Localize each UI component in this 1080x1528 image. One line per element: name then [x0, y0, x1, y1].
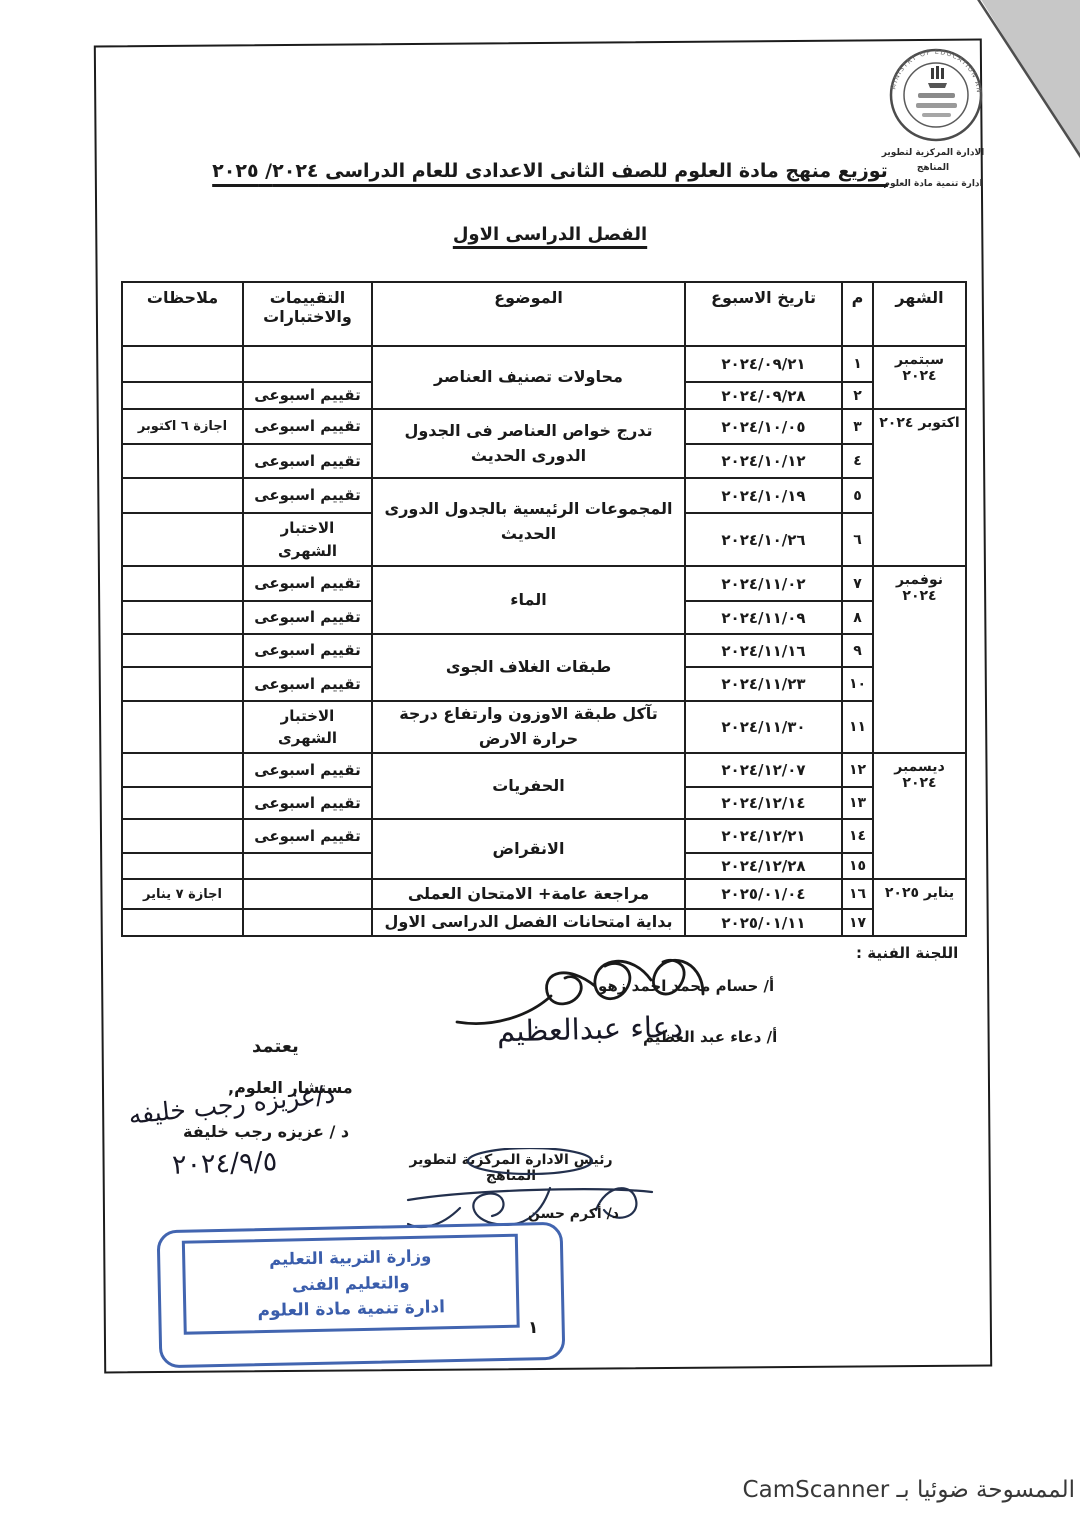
table-row: ١٤ ٢٠٢٤/١٢/٢١ الانقراض تقييم اسبوعى [122, 819, 966, 853]
date-cell: ٢٠٢٥/٠١/٠٤ [685, 879, 842, 909]
date-cell: ٢٠٢٤/٠٩/٢١ [685, 346, 842, 382]
date-cell: ٢٠٢٤/١٢/٠٧ [685, 753, 842, 787]
date-cell: ٢٠٢٤/١٢/٢٨ [685, 853, 842, 879]
num-cell: ١٠ [842, 667, 873, 701]
num-cell: ١١ [842, 701, 873, 753]
note-cell: اجازة ٧ يناير [122, 879, 243, 909]
assessment-cell: تقييم اسبوعى [243, 787, 372, 819]
header-topic: الموضوع [372, 282, 685, 346]
note-cell [122, 787, 243, 819]
note-cell [122, 513, 243, 566]
note-cell [122, 701, 243, 753]
topic-cell: الانقراض [372, 819, 685, 879]
note-cell [122, 346, 243, 382]
header-month: الشهر [873, 282, 966, 346]
table-row: ١١ ٢٠٢٤/١١/٣٠ تآكل طبقة الاوزون وارتفاع … [122, 701, 966, 753]
assessment-cell: تقييم اسبوعى [243, 478, 372, 513]
note-cell [122, 853, 243, 879]
blue-stamp-line3: ادارة تنمية مادة العلوم [186, 1293, 516, 1326]
scanned-document-page: MINISTRY OF EDUCATION AND TECHNICAL EDUC… [0, 0, 1080, 1528]
note-cell [122, 819, 243, 853]
table-row: اكتوبر ٢٠٢٤ ٣ ٢٠٢٤/١٠/٠٥ تدرج خواص العنا… [122, 409, 966, 444]
num-cell: ٦ [842, 513, 873, 566]
assessment-cell: الاختبار الشهرى [243, 701, 372, 753]
num-cell: ١٤ [842, 819, 873, 853]
note-cell [122, 444, 243, 478]
topic-cell: تآكل طبقة الاوزون وارتفاع درجة حرارة الا… [372, 701, 685, 753]
date-cell: ٢٠٢٤/١١/٣٠ [685, 701, 842, 753]
date-cell: ٢٠٢٤/١٢/٢١ [685, 819, 842, 853]
note-cell [122, 601, 243, 634]
table-row: ٩ ٢٠٢٤/١١/١٦ طبقات الغلاف الجوى تقييم اس… [122, 634, 966, 667]
seal-blurred-text [916, 93, 957, 117]
advisor-name: د / عزيزه رجب خليفة [183, 1122, 349, 1141]
assessment-cell: تقييم اسبوعى [243, 753, 372, 787]
assessment-cell: تقييم اسبوعى [243, 667, 372, 701]
topic-cell: تدرج خواص العناصر فى الجدول الدورى الحدي… [372, 409, 685, 478]
topic-cell: الحفريات [372, 753, 685, 819]
num-cell: ٢ [842, 382, 873, 409]
num-cell: ٧ [842, 566, 873, 601]
table-row: يناير ٢٠٢٥ ١٦ ٢٠٢٥/٠١/٠٤ مراجعة عامة+ ال… [122, 879, 966, 909]
header-week-date: تاريخ الاسبوع [685, 282, 842, 346]
topic-cell: طبقات الغلاف الجوى [372, 634, 685, 701]
assessment-cell: تقييم اسبوعى [243, 566, 372, 601]
assessment-cell: تقييم اسبوعى [243, 382, 372, 409]
date-cell: ٢٠٢٤/١٠/١٩ [685, 478, 842, 513]
date-cell: ٢٠٢٤/١٠/١٢ [685, 444, 842, 478]
note-cell [122, 753, 243, 787]
num-cell: ١٦ [842, 879, 873, 909]
note-cell [122, 382, 243, 409]
handwritten-date: ٢٠٢٤/٩/٥ [171, 1146, 277, 1181]
note-cell [122, 667, 243, 701]
curriculum-table: الشهر م تاريخ الاسبوع الموضوع التقييمات … [121, 281, 967, 937]
assessment-cell [243, 879, 372, 909]
assessment-cell [243, 346, 372, 382]
topic-cell: بداية امتحانات الفصل الدراسى الاول [372, 909, 685, 936]
date-cell: ٢٠٢٤/١١/١٦ [685, 634, 842, 667]
date-cell: ٢٠٢٤/١٠/٢٦ [685, 513, 842, 566]
assessment-cell: الاختبار الشهرى [243, 513, 372, 566]
document-title: توزيع منهج مادة العلوم للصف الثانى الاعد… [150, 160, 950, 182]
assessment-cell: تقييم اسبوعى [243, 819, 372, 853]
assessment-cell: تقييم اسبوعى [243, 634, 372, 667]
note-cell [122, 909, 243, 936]
note-cell [122, 566, 243, 601]
page-number: ١ [528, 1318, 538, 1338]
num-cell: ١٥ [842, 853, 873, 879]
table-row: ١٧ ٢٠٢٥/٠١/١١ بداية امتحانات الفصل الدرا… [122, 909, 966, 936]
date-cell: ٢٠٢٤/١١/٠٢ [685, 566, 842, 601]
table-row: ٥ ٢٠٢٤/١٠/١٩ المجموعات الرئيسية بالجدول … [122, 478, 966, 513]
assessment-cell: تقييم اسبوعى [243, 444, 372, 478]
header-assessments: التقييمات والاختبارات [243, 282, 372, 346]
topic-cell: المجموعات الرئيسية بالجدول الدورى الحديث [372, 478, 685, 566]
committee-member1-name: أ/ حسام محمد احمد زهو [598, 977, 774, 995]
approval-label: يعتمد [252, 1036, 299, 1057]
topic-cell: الماء [372, 566, 685, 634]
note-cell [122, 478, 243, 513]
note-cell: اجازة ٦ اكتوبر [122, 409, 243, 444]
num-cell: ١٢ [842, 753, 873, 787]
assessment-cell: تقييم اسبوعى [243, 409, 372, 444]
num-cell: ١٧ [842, 909, 873, 936]
committee-member2-name: أ/ دعاء عبد العظيم [643, 1028, 777, 1046]
ministry-seal-icon: MINISTRY OF EDUCATION AND TECHNICAL EDUC… [878, 42, 998, 152]
num-cell: ٩ [842, 634, 873, 667]
header-notes: ملاحظات [122, 282, 243, 346]
eagle-emblem-icon [928, 66, 947, 88]
header-num: م [842, 282, 873, 346]
date-cell: ٢٠٢٥/٠١/١١ [685, 909, 842, 936]
num-cell: ١٣ [842, 787, 873, 819]
assessment-cell: تقييم اسبوعى [243, 601, 372, 634]
date-cell: ٢٠٢٤/١١/٠٩ [685, 601, 842, 634]
note-cell [122, 634, 243, 667]
table-row: سبتمبر ٢٠٢٤ ١ ٢٠٢٤/٠٩/٢١ محاولات تصنيف ا… [122, 346, 966, 382]
month-cell: ديسمبر ٢٠٢٤ [873, 753, 966, 879]
topic-cell: محاولات تصنيف العناصر [372, 346, 685, 409]
topic-cell: مراجعة عامة+ الامتحان العملى [372, 879, 685, 909]
num-cell: ١ [842, 346, 873, 382]
assessment-cell [243, 853, 372, 879]
date-cell: ٢٠٢٤/١١/٢٣ [685, 667, 842, 701]
director-name: د/ أكرم حسن [528, 1206, 619, 1222]
date-cell: ٢٠٢٤/٠٩/٢٨ [685, 382, 842, 409]
ministry-blue-stamp: وزارة التربية التعليم والتعليم الفنى ادا… [157, 1222, 566, 1368]
table-row: ديسمبر ٢٠٢٤ ١٢ ٢٠٢٤/١٢/٠٧ الحفريات تقييم… [122, 753, 966, 787]
month-cell: سبتمبر ٢٠٢٤ [873, 346, 966, 409]
assessment-cell [243, 909, 372, 936]
num-cell: ٨ [842, 601, 873, 634]
committee-label: اللجنة الفنية : [856, 944, 958, 962]
num-cell: ٤ [842, 444, 873, 478]
date-cell: ٢٠٢٤/١٢/١٤ [685, 787, 842, 819]
date-cell: ٢٠٢٤/١٠/٠٥ [685, 409, 842, 444]
month-cell: نوفمبر ٢٠٢٤ [873, 566, 966, 753]
camscanner-watermark: الممسوحة ضوئيا بـ CamScanner [745, 1477, 1075, 1503]
month-cell: اكتوبر ٢٠٢٤ [873, 409, 966, 566]
table-row: نوفمبر ٢٠٢٤ ٧ ٢٠٢٤/١١/٠٢ الماء تقييم اسب… [122, 566, 966, 601]
num-cell: ٥ [842, 478, 873, 513]
table-header-row: الشهر م تاريخ الاسبوع الموضوع التقييمات … [122, 282, 966, 346]
num-cell: ٣ [842, 409, 873, 444]
blue-stamp-inner-box: وزارة التربية التعليم والتعليم الفنى ادا… [182, 1234, 520, 1335]
month-cell: يناير ٢٠٢٥ [873, 879, 966, 936]
document-subtitle: الفصل الدراسى الاول [340, 224, 760, 245]
